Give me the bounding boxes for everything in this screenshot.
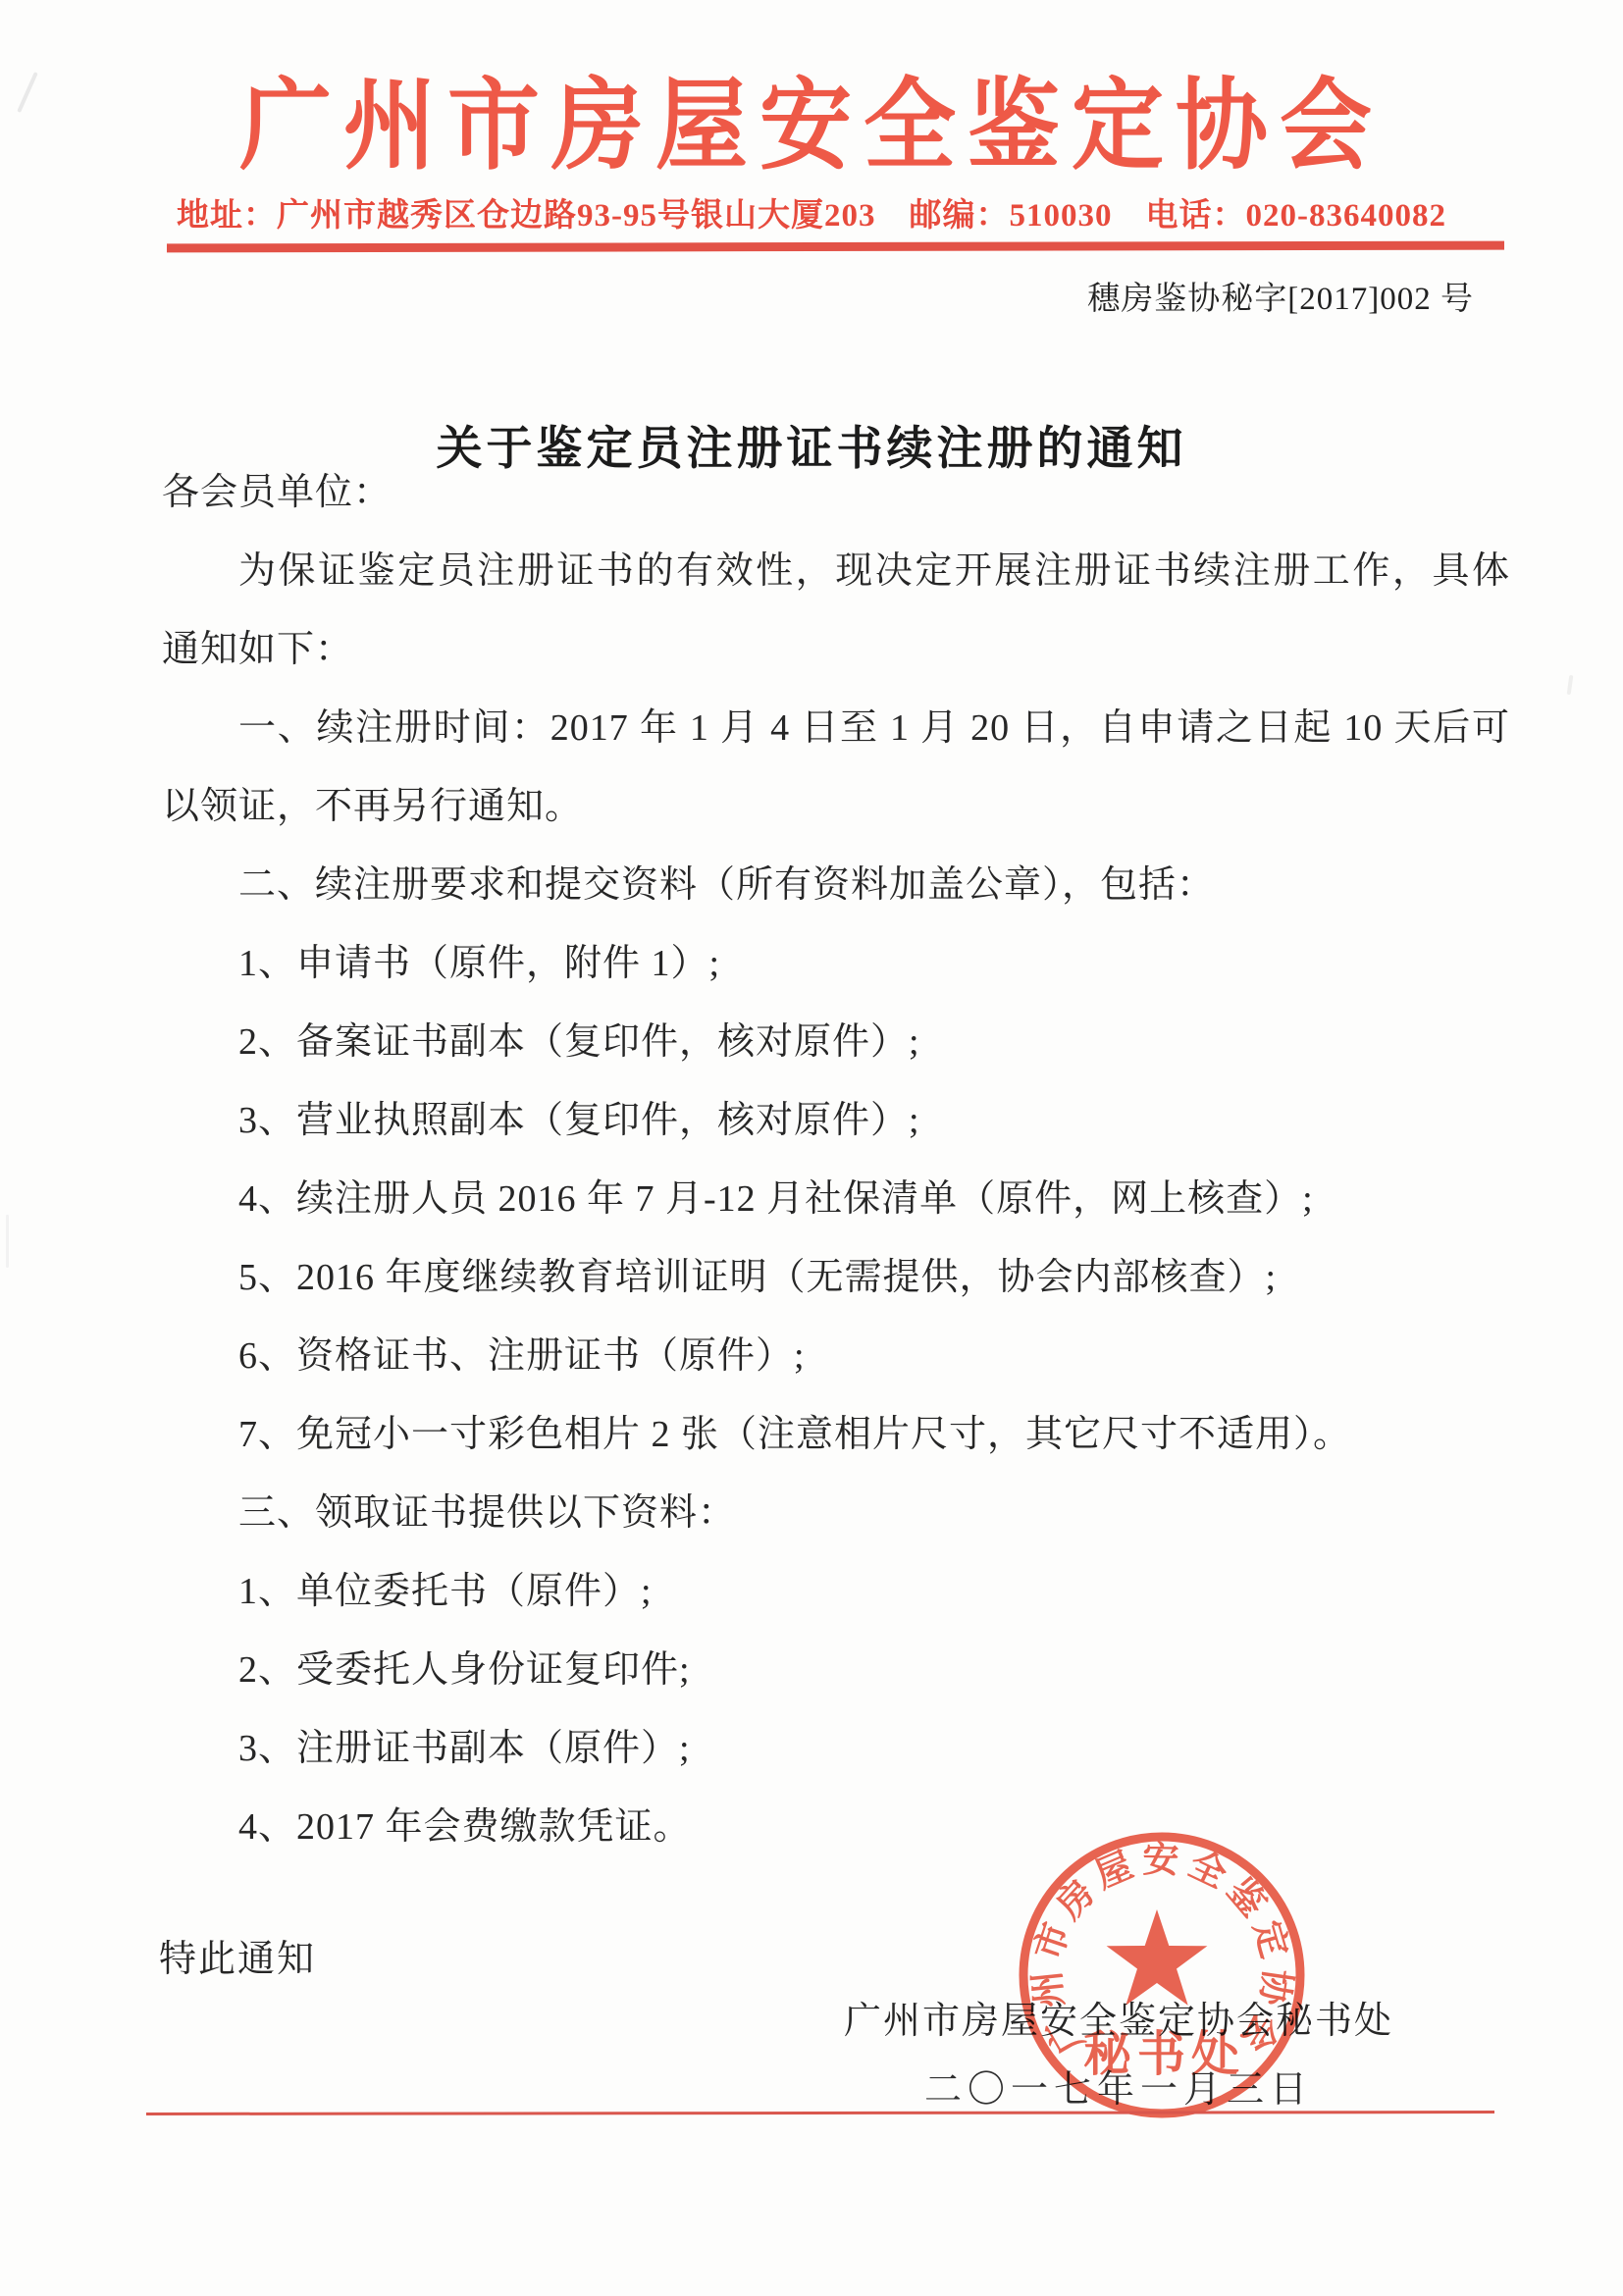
letterhead-divider: [167, 241, 1504, 253]
body-line: 1、单位委托书（原件）;: [162, 1552, 1510, 1631]
body-line: 2、备案证书副本（复印件，核对原件）;: [162, 1003, 1510, 1081]
org-contact-line: 地址：广州市越秀区仓边路93-95号银山大厦203 邮编：510030 电话：0…: [0, 189, 1623, 235]
notice-body: 各会员单位： 为保证鉴定员注册证书的有效性，现决定开展注册证书续注册工作，具体 …: [162, 453, 1510, 1866]
official-stamp: 广州市房屋安全鉴定协会 秘书处: [1013, 1823, 1313, 2129]
stamp-center-text: 秘书处: [1083, 2027, 1245, 2081]
body-line: 7、免冠小一寸彩色相片 2 张（注意相片尺寸，其它尺寸不适用）。: [162, 1395, 1510, 1474]
document-page: 广州市房屋安全鉴定协会 地址：广州市越秀区仓边路93-95号银山大厦203 邮编…: [0, 0, 1623, 2296]
body-line: 3、营业执照副本（复印件，核对原件）;: [162, 1081, 1510, 1160]
body-line: 三、领取证书提供以下资料：: [162, 1474, 1510, 1552]
body-line: 二、续注册要求和提交资料（所有资料加盖公章），包括：: [162, 846, 1510, 924]
body-line: 各会员单位：: [162, 453, 1510, 532]
org-title: 广州市房屋安全鉴定协会: [0, 46, 1623, 189]
body-line: 2、受委托人身份证复印件;: [162, 1631, 1510, 1709]
body-line: 一、续注册时间：2017 年 1 月 4 日至 1 月 20 日，自申请之日起 …: [162, 689, 1510, 767]
body-line: 1、申请书（原件，附件 1）;: [162, 924, 1510, 1003]
closing-phrase: 特此通知: [159, 1928, 316, 1982]
doc-number: 穗房鉴协秘字[2017]002 号: [1087, 273, 1474, 319]
body-line: 以领证，不再另行通知。: [162, 767, 1510, 846]
body-line: 5、2016 年度继续教育培训证明（无需提供，协会内部核查）;: [162, 1238, 1510, 1317]
body-line: 6、资格证书、注册证书（原件）;: [162, 1317, 1510, 1395]
body-line: 4、续注册人员 2016 年 7 月-12 月社保清单（原件，网上核查）;: [162, 1160, 1510, 1238]
stamp-star-icon: [1107, 1909, 1208, 2006]
scan-artifact: [6, 1215, 9, 1268]
body-line: 通知如下：: [162, 610, 1510, 689]
body-line: 3、注册证书副本（原件）;: [162, 1709, 1510, 1788]
body-line: 为保证鉴定员注册证书的有效性，现决定开展注册证书续注册工作，具体: [162, 532, 1510, 610]
scan-artifact: [1567, 675, 1574, 695]
